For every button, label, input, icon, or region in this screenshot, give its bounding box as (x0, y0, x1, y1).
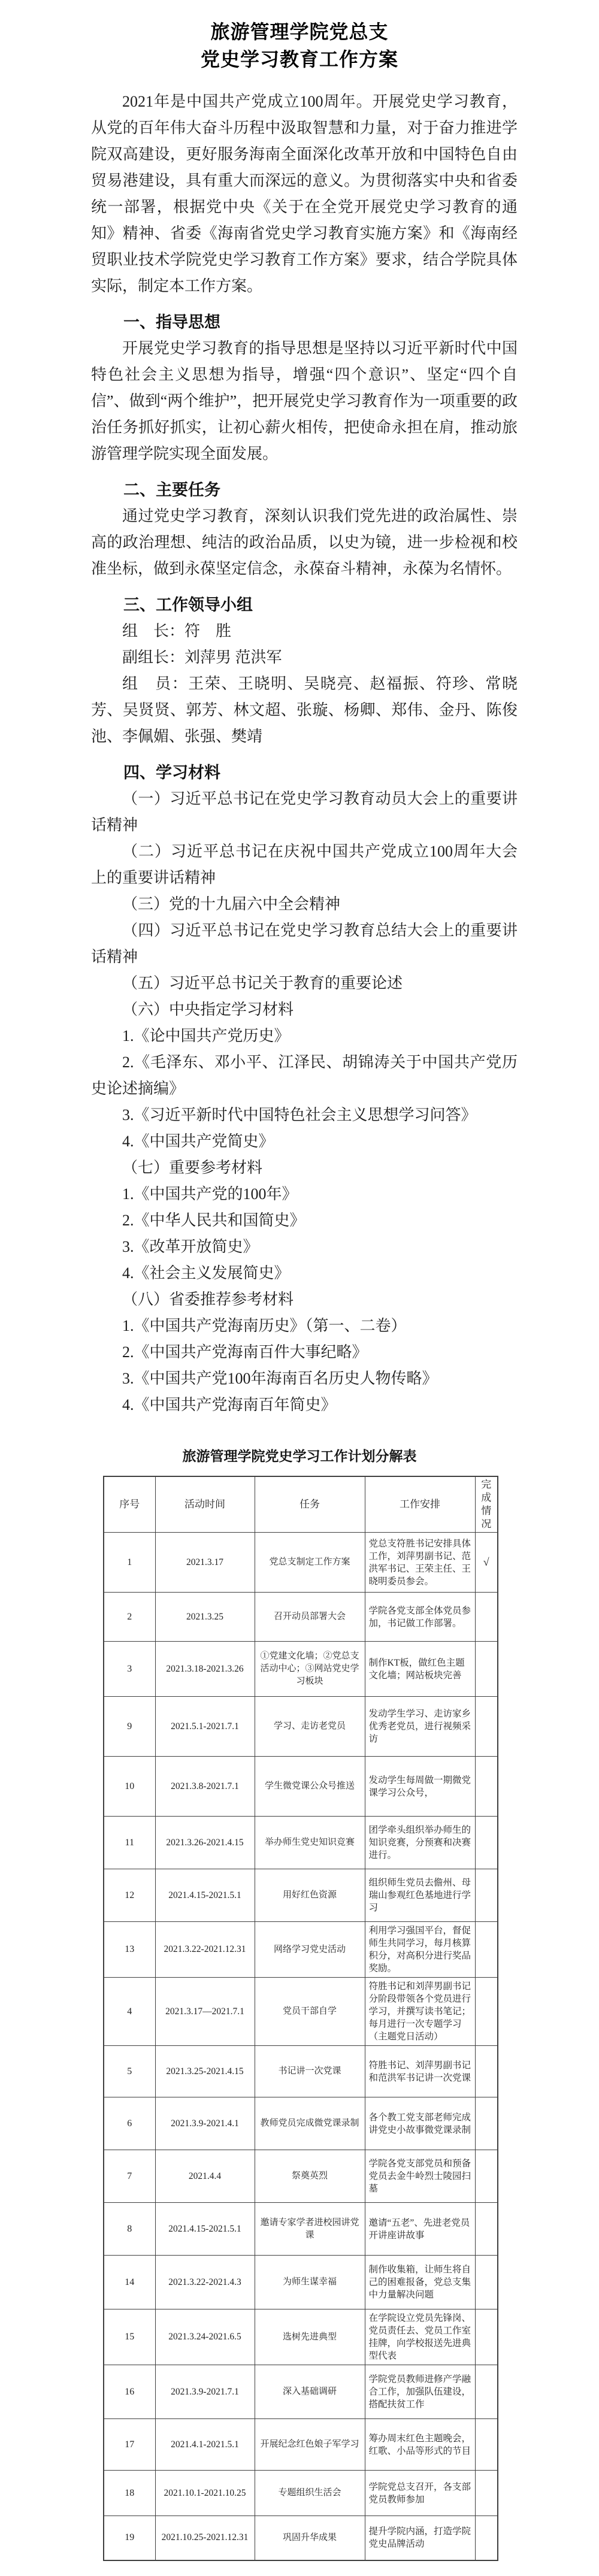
cell-arrangement: 组织师生党员去儋州、母瑞山参观红色基地进行学习 (365, 1869, 475, 1922)
cell-time: 2021.3.8-2021.7.1 (155, 1757, 255, 1817)
cell-arrangement: 学院党员教师进修产学融合工作，加强队伍建设，搭配扶贫工作 (365, 2365, 475, 2419)
plan-table-title: 旅游管理学院党史学习工作计划分解表 (0, 1446, 599, 1466)
material-item: （四）习近平总书记在党史学习教育总结大会上的重要讲话精神 (91, 918, 518, 970)
table-row: 1 2021.3.17 党总支制定工作方案 党总支符胜书记安排具体工作，刘萍男副… (104, 1533, 498, 1593)
doc-title-line2: 党史学习教育工作方案 (0, 46, 599, 73)
cell-status (475, 2309, 498, 2365)
completion-check: √ (475, 1533, 498, 1593)
table-row: 12 2021.4.15-2021.5.1 用好红色资源 组织师生党员去儋州、母… (104, 1869, 498, 1922)
cell-status (475, 1757, 498, 1817)
cell-time: 2021.3.25 (155, 1593, 255, 1642)
cell-task: 邀请专家学者进校园讲党课 (255, 2203, 365, 2256)
cell-status (475, 1869, 498, 1922)
section-paragraph-1: 开展党史学习教育的指导思想是坚持以习近平新时代中国特色社会主义思想为指导，增强“… (91, 335, 518, 467)
cell-seq: 10 (104, 1757, 155, 1817)
section-heading-2: 二、主要任务 (91, 477, 518, 503)
cell-seq: 15 (104, 2309, 155, 2365)
table-header-row: 序号 活动时间 任务 工作安排 完成情况 (104, 1476, 498, 1533)
cell-seq: 1 (104, 1533, 155, 1593)
material-item: 4.《中国共产党海南百年简史》 (91, 1392, 518, 1418)
cell-task: ①党建文化墙；②党总支活动中心；③网站党史学习板块 (255, 1642, 365, 1697)
table-row: 18 2021.10.1-2021.10.25 专题组织生活会 学院党总支召开，… (104, 2471, 498, 2516)
cell-task: 学生微党课公众号推送 (255, 1757, 365, 1817)
cell-seq: 7 (104, 2150, 155, 2203)
header-seq: 序号 (104, 1476, 155, 1533)
table-row: 13 2021.3.22-2021.12.31 网络学习党史活动 利用学习强国平… (104, 1922, 498, 1978)
cell-arrangement: 发动学生学习、走访家乡优秀老党员，进行视频采访 (365, 1697, 475, 1757)
cell-arrangement: 发动学生每周做一期微党课学习公众号， (365, 1757, 475, 1817)
cell-arrangement: 制作KT板，做红色主题文化墙；网站板块完善 (365, 1642, 475, 1697)
table-row: 16 2021.3.9-2021.7.1 深入基础调研 学院党员教师进修产学融合… (104, 2365, 498, 2419)
cell-time: 2021.10.25-2021.12.31 (155, 2516, 255, 2560)
cell-task: 巩固升华成果 (255, 2516, 365, 2560)
material-item: （二）习近平总书记在庆祝中国共产党成立100周年大会上的重要讲话精神 (91, 839, 518, 891)
cell-seq: 9 (104, 1697, 155, 1757)
table-row: 19 2021.10.25-2021.12.31 巩固升华成果 提升学院内涵，打… (104, 2516, 498, 2560)
cell-task: 为师生谋幸福 (255, 2256, 365, 2309)
cell-arrangement: 符胜书记和刘萍男副书记分阶段带领各个党员进行学习，并撰写读书笔记；每月进行一次专… (365, 1978, 475, 2046)
cell-arrangement: 在学院设立党员先锋岗、党员责任去、党员工作室挂牌，向学校报送先进典型代表 (365, 2309, 475, 2365)
cell-arrangement: 学院各党支部全体党员参加，书记做工作部署。 (365, 1593, 475, 1642)
cell-task: 党总支制定工作方案 (255, 1533, 365, 1593)
section-heading-4: 四、学习材料 (91, 759, 518, 786)
table-row: 4 2021.3.17—2021.7.1 党员干部自学 符胜书记和刘萍男副书记分… (104, 1978, 498, 2046)
cell-status (475, 2256, 498, 2309)
cell-task: 党员干部自学 (255, 1978, 365, 2046)
material-item: 2.《毛泽东、邓小平、江泽民、胡锦涛关于中国共产党历史论述摘编》 (91, 1049, 518, 1102)
cell-seq: 17 (104, 2419, 155, 2471)
cell-arrangement: 提升学院内涵，打造学院党史品牌活动 (365, 2516, 475, 2560)
cell-status (475, 1642, 498, 1697)
cell-arrangement: 各个教工党支部老师完成讲党史小故事微党课录制 (365, 2097, 475, 2150)
material-item: 1.《中国共产党海南历史》（第一、二卷） (91, 1313, 518, 1339)
cell-time: 2021.3.17—2021.7.1 (155, 1978, 255, 2046)
cell-time: 2021.3.17 (155, 1533, 255, 1593)
cell-status (475, 2203, 498, 2256)
table-row: 8 2021.4.15-2021.5.1 邀请专家学者进校园讲党课 邀请“五老”… (104, 2203, 498, 2256)
cell-time: 2021.3.9-2021.4.1 (155, 2097, 255, 2150)
cell-seq: 12 (104, 1869, 155, 1922)
cell-task: 网络学习党史活动 (255, 1922, 365, 1978)
cell-time: 2021.3.9-2021.7.1 (155, 2365, 255, 2419)
cell-arrangement: 邀请“五老”、先进老党员开讲座讲故事 (365, 2203, 475, 2256)
cell-status (475, 1817, 498, 1869)
deputy-leader-line: 副组长：刘萍男 范洪军 (91, 644, 518, 671)
section-heading-1: 一、指导思想 (91, 309, 518, 335)
cell-status (475, 1922, 498, 1978)
material-item: 3.《改革开放简史》 (91, 1234, 518, 1260)
table-row: 2 2021.3.25 召开动员部署大会 学院各党支部全体党员参加，书记做工作部… (104, 1593, 498, 1642)
cell-status (475, 2150, 498, 2203)
cell-time: 2021.3.22-2021.12.31 (155, 1922, 255, 1978)
doc-title-line1: 旅游管理学院党总支 (0, 18, 599, 46)
section-paragraph-2: 通过党史学习教育，深刻认识我们党先进的政治属性、崇高的政治理想、纯洁的政治品质，… (91, 503, 518, 582)
cell-task: 祭奠英烈 (255, 2150, 365, 2203)
cell-seq: 14 (104, 2256, 155, 2309)
table-row: 9 2021.5.1-2021.7.1 学习、走访老党员 发动学生学习、走访家乡… (104, 1697, 498, 1757)
cell-seq: 16 (104, 2365, 155, 2419)
plan-table: 序号 活动时间 任务 工作安排 完成情况 1 2021.3.17 党总支制定工作… (103, 1476, 498, 2561)
cell-task: 召开动员部署大会 (255, 1593, 365, 1642)
cell-arrangement: 团学牵头组织举办师生的知识竞赛，分预赛和决赛进行。 (365, 1817, 475, 1869)
header-status: 完成情况 (475, 1476, 498, 1533)
cell-status (475, 2471, 498, 2516)
cell-status (475, 2097, 498, 2150)
header-time: 活动时间 (155, 1476, 255, 1533)
material-item: （七）重要参考材料 (91, 1155, 518, 1181)
cell-seq: 18 (104, 2471, 155, 2516)
cell-seq: 13 (104, 1922, 155, 1978)
cell-arrangement: 利用学习强国平台，督促师生共同学习，每月核算积分，对高积分进行奖品奖励。 (365, 1922, 475, 1978)
table-row: 6 2021.3.9-2021.4.1 教师党员完成微党课录制 各个教工党支部老… (104, 2097, 498, 2150)
cell-status (475, 1978, 498, 2046)
cell-status (475, 2419, 498, 2471)
table-row: 11 2021.3.26-2021.4.15 举办师生党史知识竞赛 团学牵头组织… (104, 1817, 498, 1869)
members-line: 组 员：王荣、王晓明、吴晓亮、赵福振、符珍、常晓芳、吴贤贤、郭芳、林文超、张璇、… (91, 671, 518, 750)
doc-body: 2021年是中国共产党成立100周年。开展党史学习教育，从党的百年伟大奋斗历程中… (91, 89, 518, 1418)
cell-status (475, 2046, 498, 2097)
cell-time: 2021.3.25-2021.4.15 (155, 2046, 255, 2097)
leader-line: 组 长：符 胜 (91, 618, 518, 644)
cell-task: 专题组织生活会 (255, 2471, 365, 2516)
table-row: 15 2021.3.24-2021.6.5 选树先进典型 在学院设立党员先锋岗、… (104, 2309, 498, 2365)
cell-task: 开展纪念红色娘子军学习 (255, 2419, 365, 2471)
material-item: （六）中央指定学习材料 (91, 997, 518, 1023)
cell-task: 用好红色资源 (255, 1869, 365, 1922)
table-row: 10 2021.3.8-2021.7.1 学生微党课公众号推送 发动学生每周做一… (104, 1757, 498, 1817)
cell-time: 2021.5.1-2021.7.1 (155, 1697, 255, 1757)
material-item: （八）省委推荐参考材料 (91, 1287, 518, 1313)
cell-arrangement: 学院各党支部党员和预备党员去金牛岭烈士陵园扫墓 (365, 2150, 475, 2203)
material-item: （五）习近平总书记关于教育的重要论述 (91, 970, 518, 997)
cell-task: 书记讲一次党课 (255, 2046, 365, 2097)
cell-task: 教师党员完成微党课录制 (255, 2097, 365, 2150)
cell-seq: 11 (104, 1817, 155, 1869)
cell-task: 深入基础调研 (255, 2365, 365, 2419)
cell-seq: 3 (104, 1642, 155, 1697)
cell-seq: 8 (104, 2203, 155, 2256)
section-heading-3: 三、工作领导小组 (91, 592, 518, 618)
cell-time: 2021.3.24-2021.6.5 (155, 2309, 255, 2365)
cell-task: 学习、走访老党员 (255, 1697, 365, 1757)
cell-seq: 19 (104, 2516, 155, 2560)
cell-arrangement: 党总支符胜书记安排具体工作，刘萍男副书记、范洪军书记、王荣主任、王晓明委员参会。 (365, 1533, 475, 1593)
material-item: 1.《论中国共产党历史》 (91, 1023, 518, 1049)
cell-seq: 6 (104, 2097, 155, 2150)
material-item: 1.《中国共产党的100年》 (91, 1181, 518, 1207)
material-item: 3.《习近平新时代中国特色社会主义思想学习问答》 (91, 1102, 518, 1128)
cell-status (475, 2516, 498, 2560)
material-item: 2.《中华人民共和国简史》 (91, 1207, 518, 1234)
material-item: 4.《社会主义发展简史》 (91, 1260, 518, 1287)
cell-task: 选树先进典型 (255, 2309, 365, 2365)
cell-seq: 2 (104, 1593, 155, 1642)
material-item: （三）党的十九届六中全会精神 (91, 891, 518, 918)
table-row: 14 2021.3.22-2021.4.3 为师生谋幸福 制作收集箱，让师生将自… (104, 2256, 498, 2309)
material-item: 3.《中国共产党100年海南百名历史人物传略》 (91, 1366, 518, 1392)
cell-time: 2021.4.1-2021.5.1 (155, 2419, 255, 2471)
cell-status (475, 1593, 498, 1642)
header-arrangement: 工作安排 (365, 1476, 475, 1533)
cell-seq: 5 (104, 2046, 155, 2097)
table-row: 5 2021.3.25-2021.4.15 书记讲一次党课 符胜书记、刘萍男副书… (104, 2046, 498, 2097)
cell-time: 2021.3.18-2021.3.26 (155, 1642, 255, 1697)
cell-arrangement: 学院党总支召开，各支部党员教师参加 (365, 2471, 475, 2516)
cell-task: 举办师生党史知识竞赛 (255, 1817, 365, 1869)
intro-paragraph: 2021年是中国共产党成立100周年。开展党史学习教育，从党的百年伟大奋斗历程中… (91, 89, 518, 299)
header-task: 任务 (255, 1476, 365, 1533)
table-row: 7 2021.4.4 祭奠英烈 学院各党支部党员和预备党员去金牛岭烈士陵园扫墓 (104, 2150, 498, 2203)
material-item: （一）习近平总书记在党史学习教育动员大会上的重要讲话精神 (91, 786, 518, 839)
material-item: 4.《中国共产党简史》 (91, 1128, 518, 1155)
cell-seq: 4 (104, 1978, 155, 2046)
cell-status (475, 2365, 498, 2419)
cell-time: 2021.4.4 (155, 2150, 255, 2203)
cell-status (475, 1697, 498, 1757)
table-row: 3 2021.3.18-2021.3.26 ①党建文化墙；②党总支活动中心；③网… (104, 1642, 498, 1697)
cell-time: 2021.4.15-2021.5.1 (155, 1869, 255, 1922)
document-page: 旅游管理学院党总支 党史学习教育工作方案 2021年是中国共产党成立100周年。… (0, 0, 599, 2576)
table-row: 17 2021.4.1-2021.5.1 开展纪念红色娘子军学习 筹办周末红色主… (104, 2419, 498, 2471)
cell-arrangement: 制作收集箱，让师生将自己的困难报备，党总支集中力量解决问题 (365, 2256, 475, 2309)
cell-time: 2021.3.26-2021.4.15 (155, 1817, 255, 1869)
cell-arrangement: 符胜书记、刘萍男副书记和范洪军书记讲一次党课 (365, 2046, 475, 2097)
cell-time: 2021.10.1-2021.10.25 (155, 2471, 255, 2516)
material-item: 2.《中国共产党海南百件大事纪略》 (91, 1339, 518, 1366)
cell-time: 2021.3.22-2021.4.3 (155, 2256, 255, 2309)
cell-arrangement: 筹办周末红色主题晚会，红歌、小品等形式的节目 (365, 2419, 475, 2471)
cell-time: 2021.4.15-2021.5.1 (155, 2203, 255, 2256)
